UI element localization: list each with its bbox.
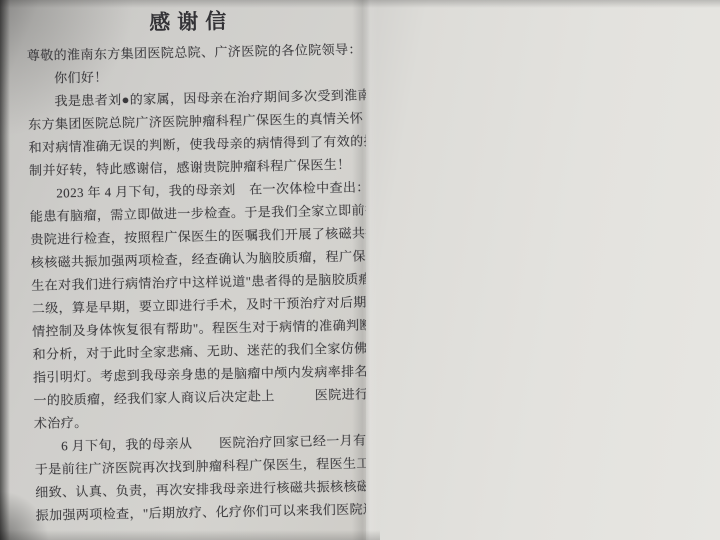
letter-line: 振加强两项检查，"后期放疗、化疗你们可以来我们医院进	[35, 498, 365, 527]
letter-photo: 感谢信 尊敬的淮南东方集团医院总院、广济医院的各位院领导： 你们好！ 我是患者刘…	[0, 0, 720, 540]
left-page-lines: 尊敬的淮南东方集团医院总院、广济医院的各位院领导： 你们好！ 我是患者刘●的家属…	[27, 38, 366, 527]
letter-page-left: 感谢信 尊敬的淮南东方集团医院总院、广济医院的各位院领导： 你们好！ 我是患者刘…	[0, 0, 366, 540]
letter-page-right: 行，一来是有利于后期疗养，二来你们家属看护照顾起来也更加方便，而且我们医院有专车…	[366, 0, 720, 540]
left-page-body: 感谢信 尊敬的淮南东方集团医院总院、广济医院的各位院领导： 你们好！ 我是患者刘…	[26, 4, 366, 527]
